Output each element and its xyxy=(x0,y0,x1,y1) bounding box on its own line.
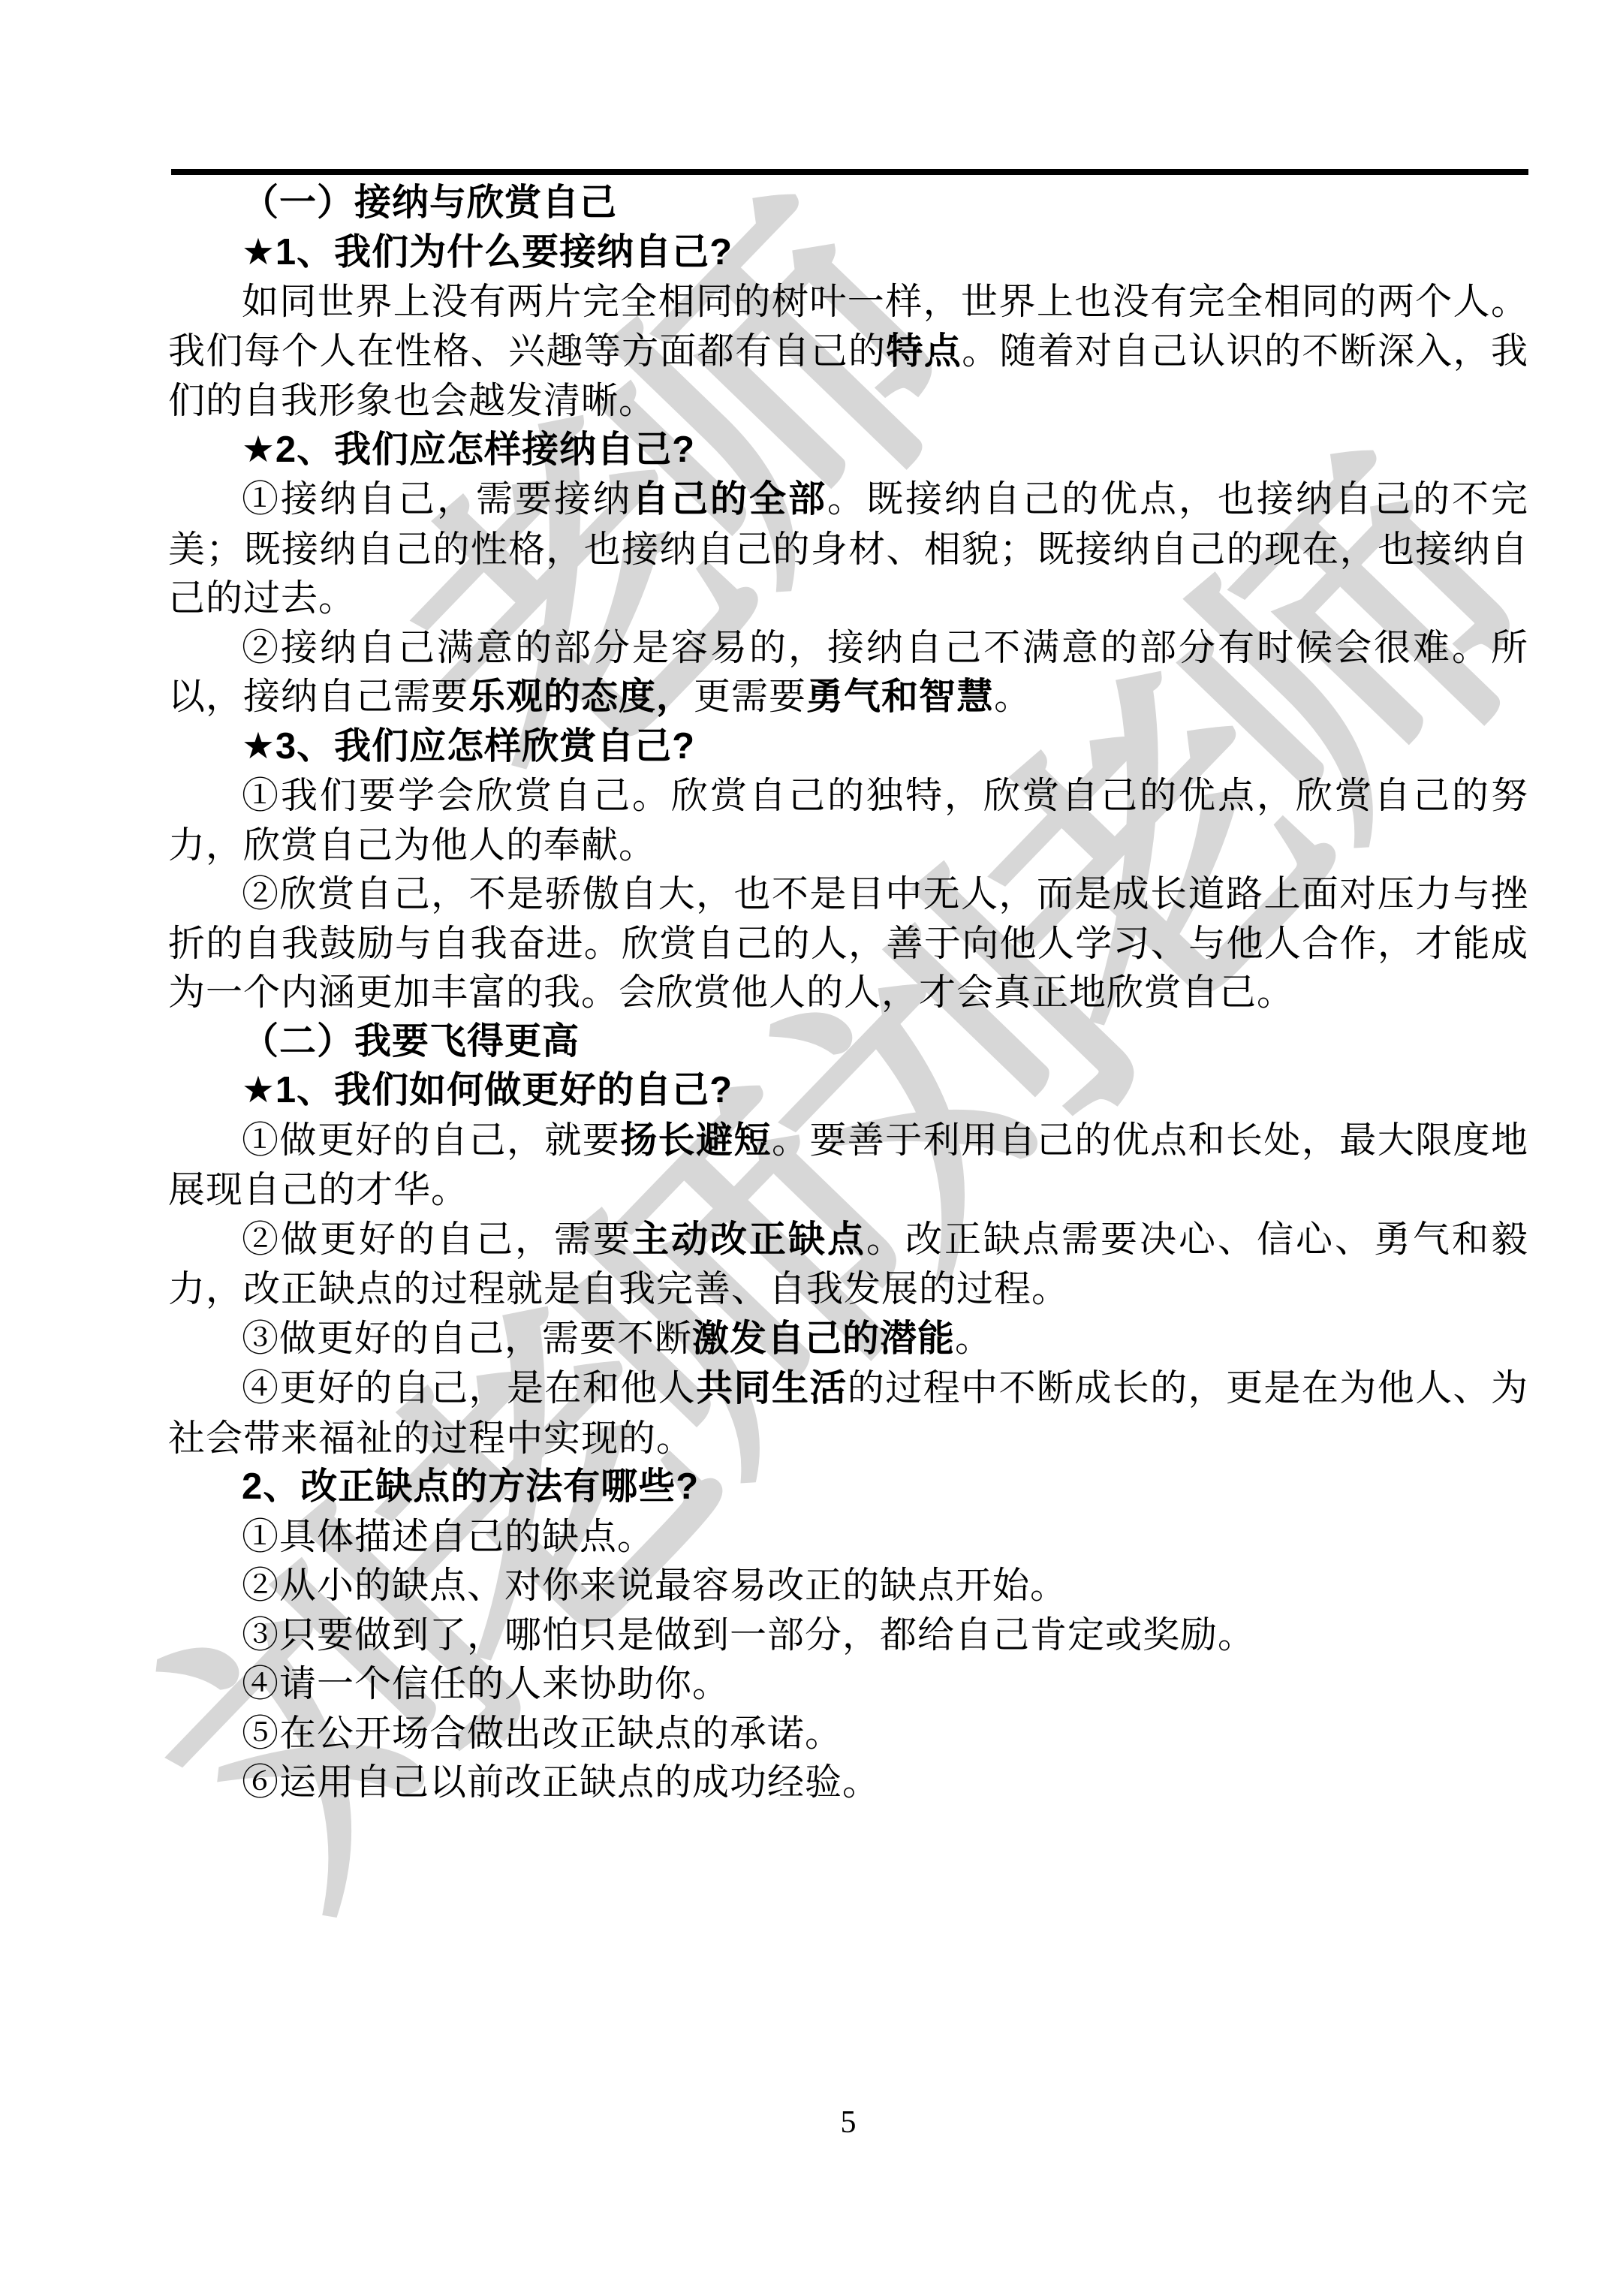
text-run: 主动改正缺点 xyxy=(632,1219,866,1260)
text-run: ①具体描述自己的缺点。 xyxy=(242,1516,655,1557)
question-heading: 2、改正缺点的方法有哪些? xyxy=(168,1463,1528,1512)
question-heading: ★1、我们为什么要接纳自己? xyxy=(168,228,1528,278)
paragraph: ②接纳自己满意的部分是容易的，接纳自己不满意的部分有时候会很难。所以，接纳自己需… xyxy=(168,623,1528,722)
text-run: ①接纳自己，需要接纳 xyxy=(242,478,632,520)
paragraph: ①接纳自己，需要接纳自己的全部。既接纳自己的优点，也接纳自己的不完美；既接纳自己… xyxy=(168,475,1528,623)
paragraph: ④更好的自己，是在和他人共同生活的过程中不断成长的，更是在为他人、为社会带来福祉… xyxy=(168,1363,1528,1463)
text-run: ②从小的缺点、对你来说最容易改正的缺点开始。 xyxy=(242,1565,1067,1606)
paragraph: ⑥运用自己以前改正缺点的成功经验。 xyxy=(168,1758,1528,1807)
paragraph: 如同世界上没有两片完全相同的树叶一样，世界上也没有完全相同的两个人。我们每个人在… xyxy=(168,277,1528,426)
document-body: （一）接纳与欣赏自己★1、我们为什么要接纳自己?如同世界上没有两片完全相同的树叶… xyxy=(168,179,1528,1807)
text-run: ⑤在公开场合做出改正缺点的承诺。 xyxy=(242,1713,842,1754)
paragraph: ③做更好的自己，需要不断激发自己的潜能。 xyxy=(168,1314,1528,1364)
paragraph: ③只要做到了，哪怕只是做到一部分，都给自己肯定或奖励。 xyxy=(168,1611,1528,1660)
text-run: ①做更好的自己，就要 xyxy=(242,1119,620,1161)
section-heading: （一）接纳与欣赏自己 xyxy=(168,179,1528,228)
text-run: ③做更好的自己，需要不断 xyxy=(242,1318,692,1359)
text-run: 勇气和智慧 xyxy=(806,676,994,717)
text-run: ②欣赏自己，不是骄傲自大，也不是目中无人，而是成长道路上面对压力与挫折的自我鼓励… xyxy=(168,873,1528,1013)
paragraph: ⑤在公开场合做出改正缺点的承诺。 xyxy=(168,1709,1528,1758)
document-page: 刘老师刘老师 老师 （一）接纳与欣赏自己★1、我们为什么要接纳自己?如同世界上没… xyxy=(0,0,1620,2296)
text-run: ③只要做到了，哪怕只是做到一部分，都给自己肯定或奖励。 xyxy=(242,1614,1255,1656)
paragraph: ②欣赏自己，不是骄傲自大，也不是目中无人，而是成长道路上面对压力与挫折的自我鼓励… xyxy=(168,869,1528,1017)
section-heading: （二）我要飞得更高 xyxy=(168,1017,1528,1067)
text-run: ④更好的自己，是在和他人 xyxy=(242,1367,696,1409)
text-run: 。 xyxy=(955,1318,992,1359)
text-run: ⑥运用自己以前改正缺点的成功经验。 xyxy=(242,1761,880,1803)
text-run: （二）我要飞得更高 xyxy=(242,1021,580,1062)
paragraph: ①具体描述自己的缺点。 xyxy=(168,1512,1528,1562)
page-footer: 5 xyxy=(168,2105,1528,2141)
text-run: ④请一个信任的人来协助你。 xyxy=(242,1663,730,1704)
text-run: 激发自己的潜能 xyxy=(692,1318,955,1359)
text-run: ★2、我们应怎样接纳自己? xyxy=(242,429,695,470)
text-run: 特点 xyxy=(887,331,962,372)
page-number: 5 xyxy=(841,2105,857,2140)
text-run: 。 xyxy=(994,676,1031,717)
text-run: 共同生活 xyxy=(696,1368,848,1409)
question-heading: ★2、我们应怎样接纳自己? xyxy=(168,426,1528,475)
paragraph: ②从小的缺点、对你来说最容易改正的缺点开始。 xyxy=(168,1561,1528,1611)
text-run: 2、改正缺点的方法有哪些? xyxy=(242,1466,699,1507)
text-run: 自己的全部 xyxy=(632,479,827,520)
text-run: ①我们要学会欣赏自己。欣赏自己的独特，欣赏自己的优点，欣赏自己的努力，欣赏自己为… xyxy=(168,775,1528,866)
paragraph: ②做更好的自己，需要主动改正缺点。改正缺点需要决心、信心、勇气和毅力，改正缺点的… xyxy=(168,1215,1528,1314)
question-heading: ★1、我们如何做更好的自己? xyxy=(168,1066,1528,1116)
text-run: ★3、我们应怎样欣赏自己? xyxy=(242,726,695,767)
text-run: （一）接纳与欣赏自己 xyxy=(242,182,617,223)
header-rule xyxy=(171,169,1528,175)
paragraph: ①我们要学会欣赏自己。欣赏自己的独特，欣赏自己的优点，欣赏自己的努力，欣赏自己为… xyxy=(168,771,1528,869)
text-run: ★1、我们如何做更好的自己? xyxy=(242,1070,733,1110)
question-heading: ★3、我们应怎样欣赏自己? xyxy=(168,722,1528,772)
paragraph: ①做更好的自己，就要扬长避短。要善于利用自己的优点和长处，最大限度地展现自己的才… xyxy=(168,1116,1528,1215)
paragraph: ④请一个信任的人来协助你。 xyxy=(168,1659,1528,1709)
text-run: ②做更好的自己，需要 xyxy=(242,1219,632,1260)
text-run: 更需要 xyxy=(694,676,806,717)
text-run: 乐观的态度， xyxy=(468,676,694,717)
text-run: 扬长避短 xyxy=(620,1120,772,1161)
text-run: ★1、我们为什么要接纳自己? xyxy=(242,232,733,273)
